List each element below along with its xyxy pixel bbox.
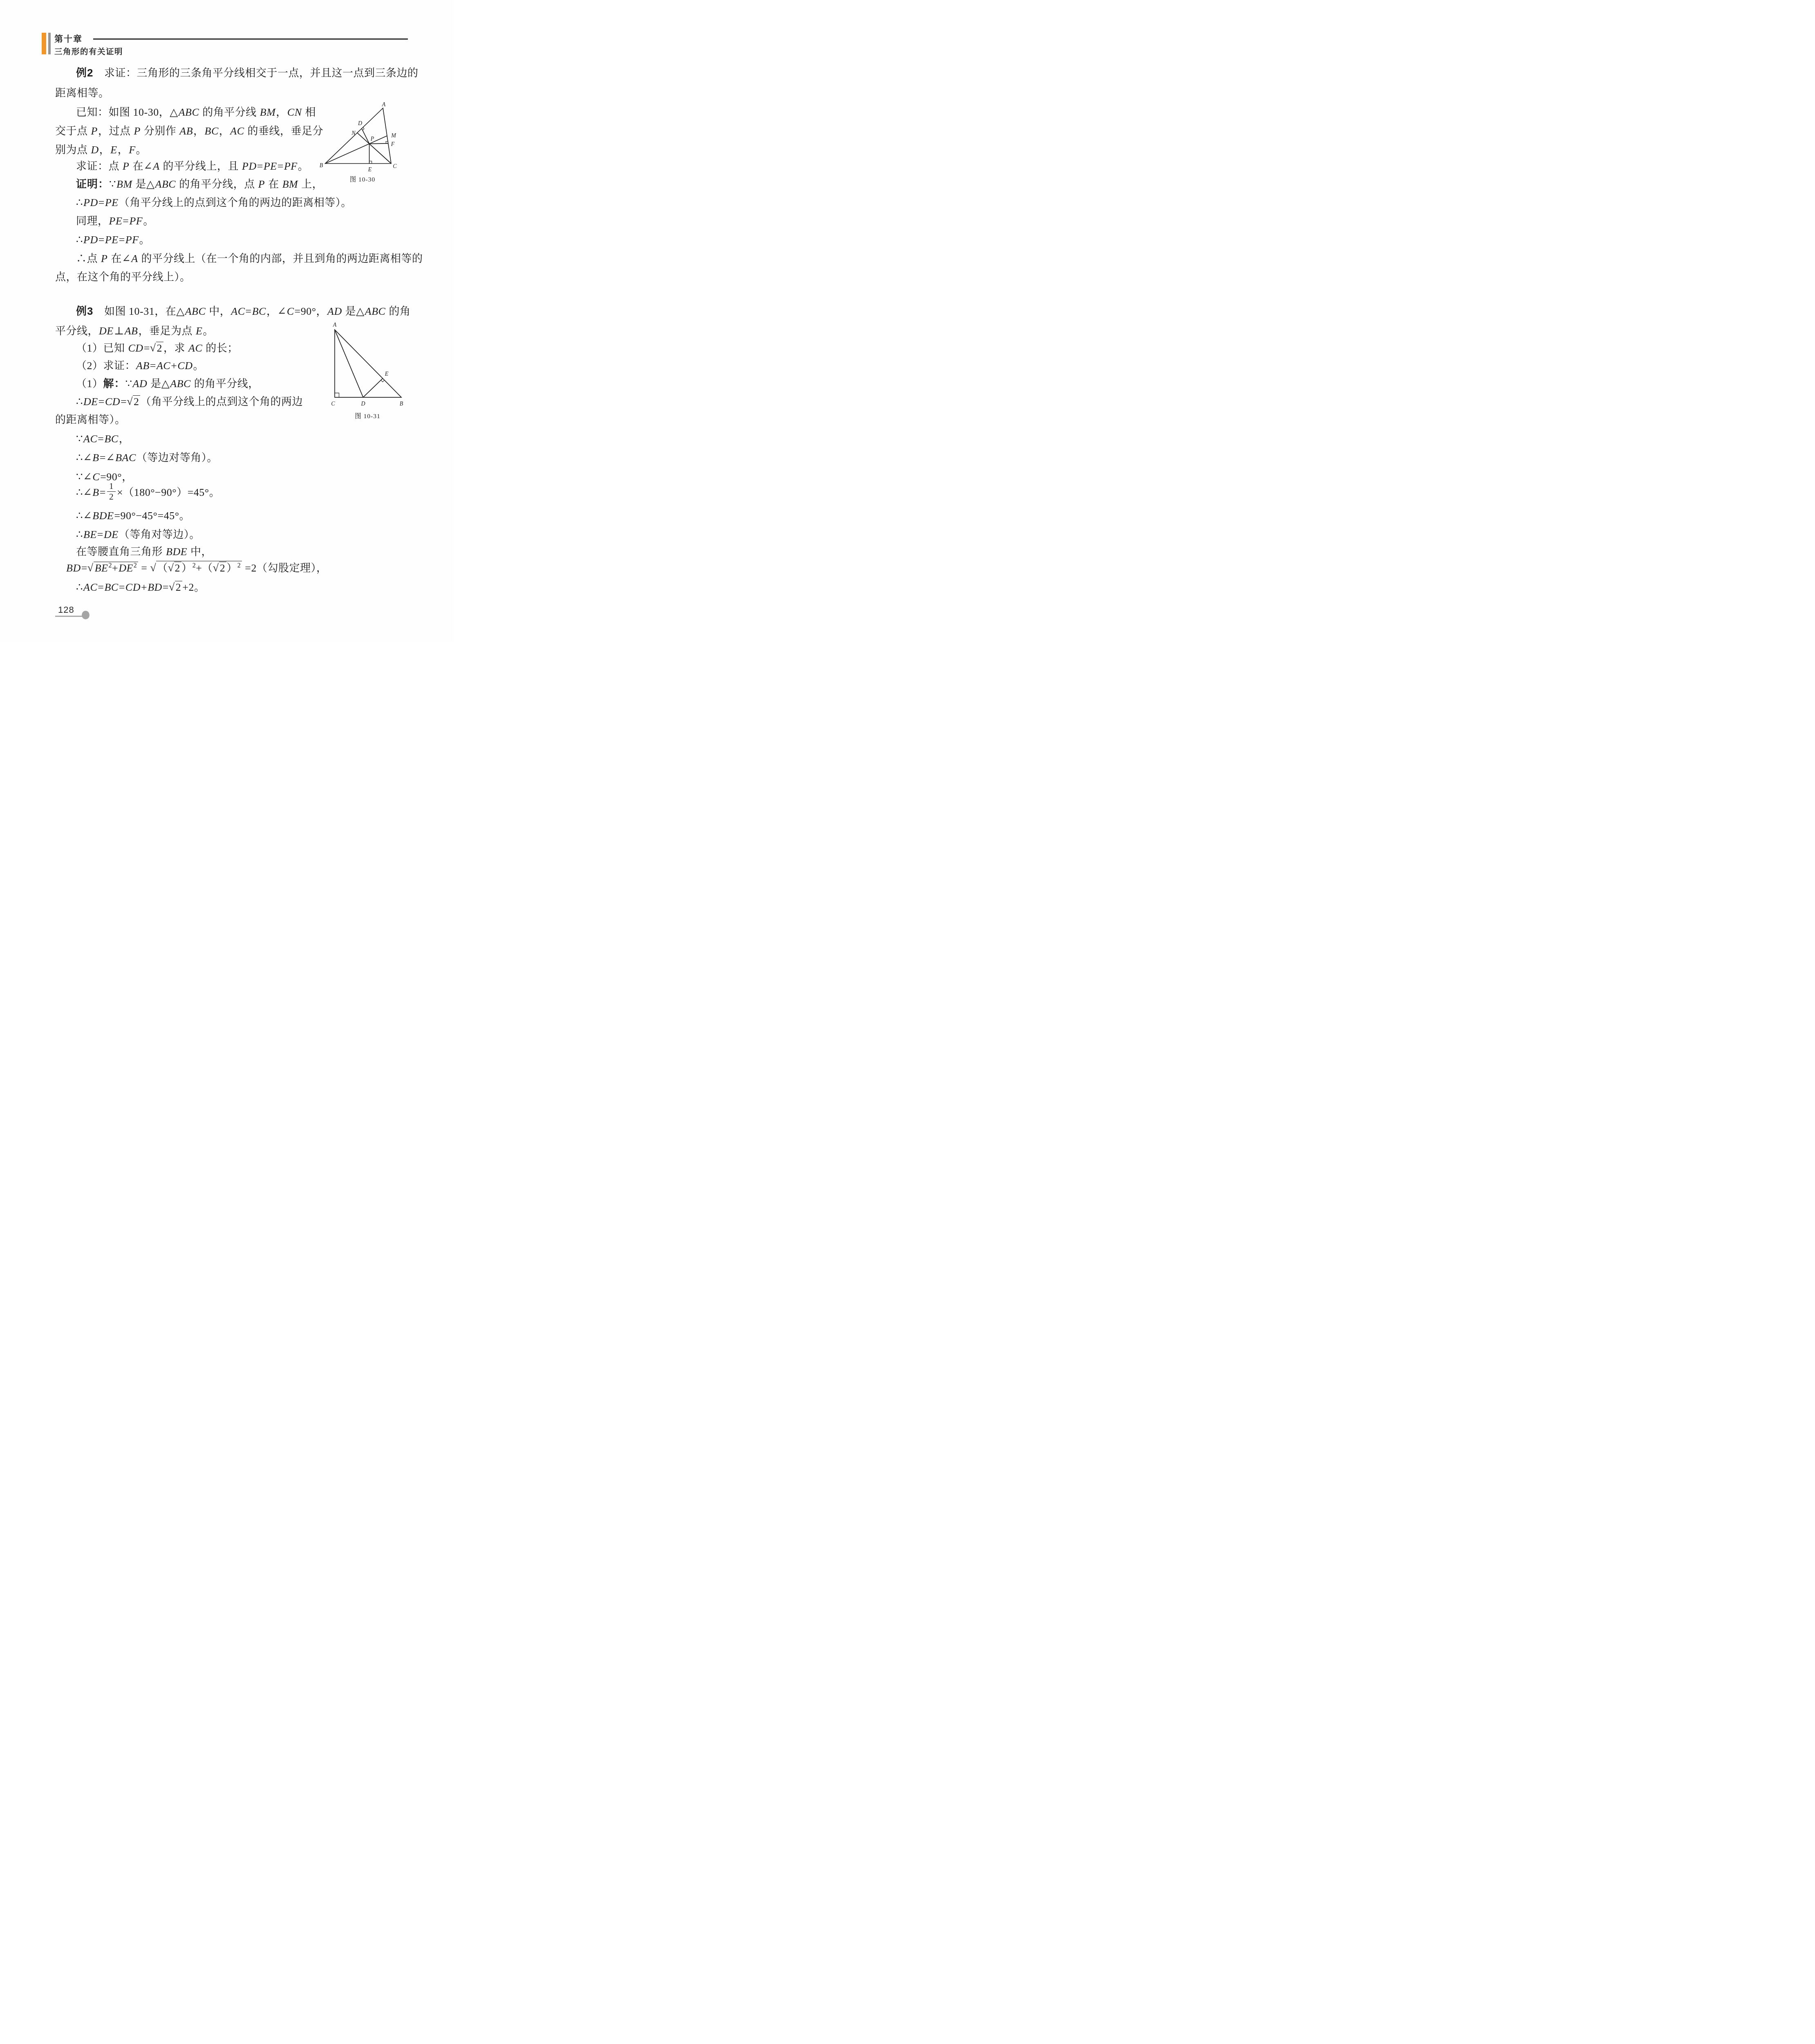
text-line-part2: （2）求证：AB=AC+CD。 xyxy=(76,359,204,373)
text-line: ∴∠B=∠BAC（等边对等角）。 xyxy=(76,451,218,465)
chapter-number: 第十章 xyxy=(54,32,83,45)
fig30-label-c: C xyxy=(393,164,397,170)
fig31-segment-de xyxy=(363,379,383,397)
fig31-label-e: E xyxy=(385,371,389,377)
fig30-vertex-labels: A B C D E F M N P xyxy=(320,102,397,173)
fig30-label-b: B xyxy=(320,163,323,169)
fig30-label-a: A xyxy=(382,102,386,108)
fig30-bisector-cn xyxy=(357,133,391,164)
chapter-title: 三角形的有关证明 xyxy=(54,45,123,57)
text-line: 别为点 D，E，F。 xyxy=(55,143,147,157)
fig31-label-b: B xyxy=(400,401,403,407)
chapter-accent-bar xyxy=(42,33,46,54)
text-line-fraction: ∴∠B=12×（180°−90°）=45°。 xyxy=(76,481,220,504)
text-line-example2-intro: 例2 求证：三角形的三条角平分线相交于一点，并且这一点到三条边的 xyxy=(76,66,418,80)
figure-10-31-right-triangle: A C D B E xyxy=(311,312,424,410)
text-line: 交于点 P，过点 P 分别作 AB，BC，AC 的垂线，垂足分 xyxy=(55,124,323,138)
text-line-given: 已知：如图 10-30，△ABC 的角平分线 BM，CN 相 xyxy=(76,105,316,119)
text-line: ∴∠BDE=90°−45°=45°。 xyxy=(76,509,190,523)
fig30-label-p: P xyxy=(370,136,374,142)
text-line-proof-start: 证明：∵BM 是△ABC 的角平分线，点 P 在 BM 上， xyxy=(76,177,323,191)
footer-dot-icon xyxy=(82,611,90,619)
header-rule xyxy=(93,38,408,40)
fig30-label-d: D xyxy=(358,121,362,127)
text-line-to-prove: 求证：点 P 在∠A 的平分线上，且 PD=PE=PF。 xyxy=(76,159,309,173)
text-line: 同理，PE=PF。 xyxy=(76,214,154,228)
text-line: 的距离相等）。 xyxy=(55,413,126,427)
text-line: ∴点 P 在∠A 的平分线上（在一个角的内部，并且到角的两边距离相等的 xyxy=(76,252,423,266)
fig31-triangle xyxy=(335,330,401,397)
fig30-label-n: N xyxy=(351,130,356,137)
text-line: ∵AC=BC， xyxy=(76,432,130,446)
footer-rule xyxy=(55,616,82,617)
fig31-label-c: C xyxy=(331,401,335,407)
fig31-vertex-labels: A C D B E xyxy=(331,322,403,407)
fig30-label-e: E xyxy=(368,167,372,173)
text-line: ∴BE=DE（等角对等边）。 xyxy=(76,528,200,542)
fig31-label-d: D xyxy=(360,401,365,407)
text-line: ∴PD=PE=PF。 xyxy=(76,233,150,247)
fig30-label-f: F xyxy=(391,141,395,148)
text-line-solution-start: （1）解：∵AD 是△ABC 的角平分线， xyxy=(76,377,259,391)
text-line-pythagoras: BD=√BE2+DE2 = √（√2）2+（√2）2 =2（勾股定理）， xyxy=(66,561,327,575)
text-line-part1: （1）已知 CD=√2，求 AC 的长； xyxy=(76,341,238,355)
text-line: 平分线，DE⊥AB，垂足为点 E。 xyxy=(55,324,214,338)
figure-10-31-caption: 图 10-31 xyxy=(311,411,424,420)
chapter-gray-bar xyxy=(48,33,51,54)
text-line: 在等腰直角三角形 BDE 中， xyxy=(76,545,212,559)
figure-10-30-triangle-incenter: A B C D E F M N P xyxy=(311,100,414,173)
fig30-label-m: M xyxy=(391,133,396,139)
fig31-label-a: A xyxy=(333,322,337,328)
textbook-page: 第十章 三角形的有关证明 例2 求证：三角形的三条角平分线相交于一点，并且这一点… xyxy=(0,0,454,642)
figure-10-30-caption: 图 10-30 xyxy=(311,175,414,184)
text-line: ∴PD=PE（角平分线上的点到这个角的两边的距离相等）。 xyxy=(76,196,352,210)
fig30-bisector-bm xyxy=(325,136,387,164)
fig31-bisector-ad xyxy=(335,330,363,397)
text-line: ∴DE=CD=√2（角平分线上的点到这个角的两边 xyxy=(76,395,303,409)
fig30-perpendiculars xyxy=(362,128,388,164)
page-number: 128 xyxy=(58,605,74,615)
text-line: 点，在这个角的平分线上）。 xyxy=(55,270,191,284)
text-line: 距离相等。 xyxy=(55,86,110,100)
text-line-conclusion: ∴AC=BC=CD+BD=√2+2。 xyxy=(76,580,205,594)
fig30-triangle xyxy=(325,108,391,164)
